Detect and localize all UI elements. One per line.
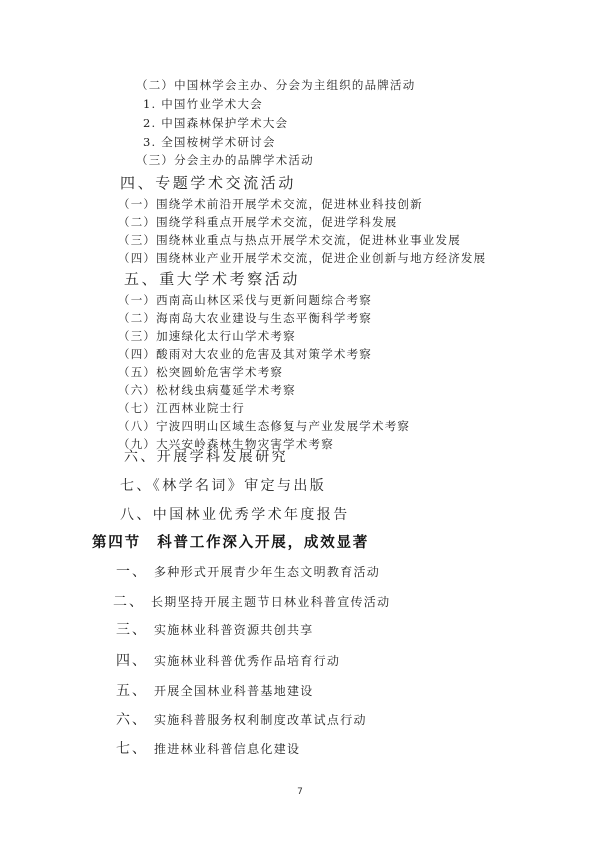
list-item: 五、开展全国林业科普基地建设	[116, 680, 314, 700]
list-marker: 一、	[116, 564, 148, 580]
list-item: （八）宁波四明山区域生态修复与产业发展学术考察	[118, 418, 410, 434]
list-text: 推进林业科普信息化建设	[154, 742, 300, 756]
chapter-heading: 第四节 科普工作深入开展，成效显著	[92, 531, 369, 552]
list-item: （六）松材线虫病蔓延学术考察	[118, 382, 296, 398]
list-text: 实施林业科普优秀作品培育行动	[154, 654, 340, 668]
list-text: 开展全国林业科普基地建设	[154, 684, 314, 698]
list-item: 七、推进林业科普信息化建设	[116, 738, 300, 758]
subheading-brand-activities: （二）中国林学会主办、分会为主组织的品牌活动	[136, 77, 415, 93]
list-item: 四、实施林业科普优秀作品培育行动	[116, 650, 340, 670]
list-text: 实施科普服务权利制度改革试点行动	[154, 713, 367, 727]
list-item: 六、实施科普服务权利制度改革试点行动	[116, 709, 367, 729]
list-item: （一）围绕学术前沿开展学术交流，促进林业科技创新	[118, 196, 423, 212]
list-marker: 二、	[113, 594, 145, 610]
list-item: （一）西南高山林区采伐与更新问题综合考察	[118, 292, 372, 308]
section-heading-6: 六、开展学科发展研究	[124, 446, 288, 466]
list-item: 一、多种形式开展青少年生态文明教育活动	[116, 561, 380, 581]
list-marker: 六、	[116, 712, 148, 728]
subheading-branch-activities: （三）分会主办的品牌学术活动	[136, 152, 314, 168]
list-marker: 五、	[116, 683, 148, 699]
list-text: 实施林业科普资源共创共享	[154, 623, 314, 637]
list-item: 1. 中国竹业学术大会	[143, 96, 263, 112]
list-marker: 三、	[116, 622, 148, 638]
list-text: 长期坚持开展主题节日林业科普宣传活动	[151, 595, 390, 609]
list-item: 三、实施林业科普资源共创共享	[116, 619, 314, 639]
list-item: （四）酸雨对大农业的危害及其对策学术考察	[118, 346, 372, 362]
list-item: （三）加速绿化太行山学术考察	[118, 328, 296, 344]
list-item: （二）围绕学科重点开展学术交流，促进学科发展	[118, 214, 397, 230]
list-item: （七）江西林业院士行	[118, 400, 245, 416]
list-marker: 七、	[116, 741, 148, 757]
page-number: 7	[0, 787, 600, 797]
section-heading-8: 八、中国林业优秀学术年度报告	[120, 504, 350, 524]
section-heading-7: 七、《林学名词》审定与出版	[120, 475, 326, 495]
list-item: 2. 中国森林保护学术大会	[143, 115, 288, 131]
section-heading-4: 四、专题学术交流活动	[120, 172, 296, 193]
list-item: 二、长期坚持开展主题节日林业科普宣传活动	[113, 591, 390, 611]
list-item: （三）围绕林业重点与热点开展学术交流，促进林业事业发展	[118, 232, 461, 248]
section-heading-5: 五、重大学术考察活动	[124, 268, 300, 289]
list-item: （五）松突圆蚧危害学术考察	[118, 364, 283, 380]
list-item: 3. 全国桉树学术研讨会	[143, 134, 276, 150]
list-item: （二）海南岛大农业建设与生态平衡科学考察	[118, 310, 372, 326]
list-marker: 四、	[116, 653, 148, 669]
list-text: 多种形式开展青少年生态文明教育活动	[154, 565, 380, 579]
list-item: （四）围绕林业产业开展学术交流，促进企业创新与地方经济发展	[118, 250, 486, 266]
